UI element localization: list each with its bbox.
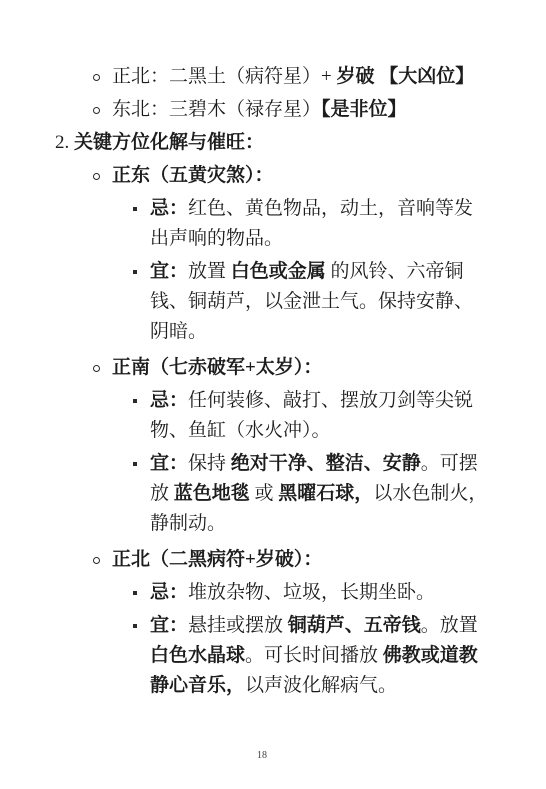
text-segment: 白色或金属: [231, 261, 326, 282]
text-segment: 蓝色地毯: [174, 483, 250, 504]
advice-item-suitable: 宜：悬挂或摆放 铜葫芦、五帝钱。放置 白色水晶球。可长时间播放 佛教或道教静心音…: [133, 611, 490, 701]
list-item-text: 东北：三碧木（禄存星）【是非位】: [112, 95, 490, 125]
text-segment: 【是非位】: [321, 99, 407, 120]
square-bullet-icon: [133, 194, 150, 254]
advice-list: 忌：堆放杂物、垃圾，长期坐卧。 宜：悬挂或摆放 铜葫芦、五帝钱。放置 白色水晶球…: [112, 578, 490, 701]
text-segment: 堆放杂物、垃圾，长期坐卧。: [188, 582, 435, 603]
section-east: 正东（五黄灾煞）： 忌：红色、黄色物品，动土，音响等发出声响的物品。 宜：放置 …: [93, 161, 490, 350]
list-item-text: 正北：二黑土（病符星）+ 岁破 【大凶位】: [112, 62, 490, 92]
advice-text: 忌：堆放杂物、垃圾，长期坐卧。: [150, 578, 490, 608]
text-segment: 岁破 【大凶位】: [336, 66, 474, 87]
section-south: 正南（七赤破军+太岁）： 忌：任何装修、敲打、摆放刀剑等尖锐物、鱼缸（水火冲）。…: [93, 353, 490, 542]
text-segment: 放置: [188, 261, 231, 282]
document-body: 正北：二黑土（病符星）+ 岁破 【大凶位】 东北：三碧木（禄存星）【是非位】 2…: [0, 0, 546, 704]
advice-text: 忌：红色、黄色物品，动土，音响等发出声响的物品。: [150, 194, 490, 254]
advice-list: 忌：红色、黄色物品，动土，音响等发出声响的物品。 宜：放置 白色或金属 的风铃、…: [112, 194, 490, 347]
text-segment: 。放置: [421, 615, 478, 636]
advice-item-suitable: 宜：保持 绝对干净、整洁、安静。可摆放 蓝色地毯 或 黑曜石球，以水色制火，静制…: [133, 449, 490, 539]
square-bullet-icon: [133, 578, 150, 608]
text-segment: 以声波化解病气。: [245, 675, 397, 696]
list-item-north: 正北：二黑土（病符星）+ 岁破 【大凶位】: [93, 62, 490, 92]
section-north: 正北（二黑病符+岁破）： 忌：堆放杂物、垃圾，长期坐卧。 宜：悬挂或摆放 铜葫芦…: [93, 545, 490, 704]
advice-text: 宜：悬挂或摆放 铜葫芦、五帝钱。放置 白色水晶球。可长时间播放 佛教或道教静心音…: [150, 611, 490, 701]
text-segment: 悬挂或摆放: [188, 615, 288, 636]
page-number: 18: [0, 749, 524, 763]
square-bullet-icon: [133, 257, 150, 347]
heading-number: 2.: [55, 132, 74, 153]
text-segment: 白色水晶球: [150, 645, 245, 666]
circle-bullet-icon: [93, 353, 112, 542]
advice-item-avoid: 忌：任何装修、敲打、摆放刀剑等尖锐物、鱼缸（水火冲）。: [133, 386, 490, 446]
advice-text: 宜：保持 绝对干净、整洁、安静。可摆放 蓝色地毯 或 黑曜石球，以水色制火，静制…: [150, 449, 490, 539]
text-segment: 宜：: [150, 261, 188, 282]
advice-item-avoid: 忌：红色、黄色物品，动土，音响等发出声响的物品。: [133, 194, 490, 254]
square-bullet-icon: [133, 449, 150, 539]
section-heading: 2. 关键方位化解与催旺：: [55, 128, 490, 158]
circle-bullet-icon: [93, 95, 112, 125]
circle-bullet-icon: [93, 545, 112, 704]
section-title: 正南（七赤破军+太岁）：: [112, 357, 322, 378]
advice-text: 忌：任何装修、敲打、摆放刀剑等尖锐物、鱼缸（水火冲）。: [150, 386, 490, 446]
advice-item-suitable: 宜：放置 白色或金属 的风铃、六帝铜钱、铜葫芦，以金泄土气。保持安静、阴暗。: [133, 257, 490, 347]
section-title: 正北（二黑病符+岁破）：: [112, 549, 322, 570]
text-segment: 红色、黄色物品，动土，音响等发出声响的物品。: [150, 198, 473, 249]
text-segment: 黑曜石球，: [278, 483, 373, 504]
text-segment: 忌：: [150, 198, 188, 219]
text-segment: 忌：: [150, 582, 188, 603]
advice-text: 宜：放置 白色或金属 的风铃、六帝铜钱、铜葫芦，以金泄土气。保持安静、阴暗。: [150, 257, 490, 347]
list-item-northeast: 东北：三碧木（禄存星）【是非位】: [93, 95, 490, 125]
direction-summary-list: 正北：二黑土（病符星）+ 岁破 【大凶位】 东北：三碧木（禄存星）【是非位】: [0, 62, 546, 125]
text-segment: 宜：: [150, 615, 188, 636]
text-segment: 或: [250, 483, 279, 504]
text-segment: 绝对干净、整洁、安静: [231, 453, 421, 474]
heading-text: 关键方位化解与催旺：: [74, 132, 264, 153]
section-title: 正东（五黄灾煞）：: [112, 165, 274, 186]
advice-list: 忌：任何装修、敲打、摆放刀剑等尖锐物、鱼缸（水火冲）。 宜：保持 绝对干净、整洁…: [112, 386, 490, 539]
text-segment: 正北：二黑土（病符星）+: [112, 66, 336, 87]
text-segment: 保持: [188, 453, 231, 474]
section-body: 正东（五黄灾煞）： 忌：红色、黄色物品，动土，音响等发出声响的物品。 宜：放置 …: [112, 161, 490, 350]
advice-item-avoid: 忌：堆放杂物、垃圾，长期坐卧。: [133, 578, 490, 608]
square-bullet-icon: [133, 611, 150, 701]
text-segment: 忌：: [150, 390, 188, 411]
square-bullet-icon: [133, 386, 150, 446]
text-segment: 东北：三碧木（禄存星）: [112, 99, 321, 120]
section-body: 正南（七赤破军+太岁）： 忌：任何装修、敲打、摆放刀剑等尖锐物、鱼缸（水火冲）。…: [112, 353, 490, 542]
section-body: 正北（二黑病符+岁破）： 忌：堆放杂物、垃圾，长期坐卧。 宜：悬挂或摆放 铜葫芦…: [112, 545, 490, 704]
text-segment: 任何装修、敲打、摆放刀剑等尖锐物、鱼缸（水火冲）。: [150, 390, 473, 441]
remedy-section-list: 正东（五黄灾煞）： 忌：红色、黄色物品，动土，音响等发出声响的物品。 宜：放置 …: [0, 161, 546, 704]
document-page: 正北：二黑土（病符星）+ 岁破 【大凶位】 东北：三碧木（禄存星）【是非位】 2…: [0, 0, 546, 789]
text-segment: 。可长时间播放: [245, 645, 383, 666]
circle-bullet-icon: [93, 161, 112, 350]
text-segment: 宜：: [150, 453, 188, 474]
circle-bullet-icon: [93, 62, 112, 92]
text-segment: 铜葫芦、五帝钱: [288, 615, 421, 636]
